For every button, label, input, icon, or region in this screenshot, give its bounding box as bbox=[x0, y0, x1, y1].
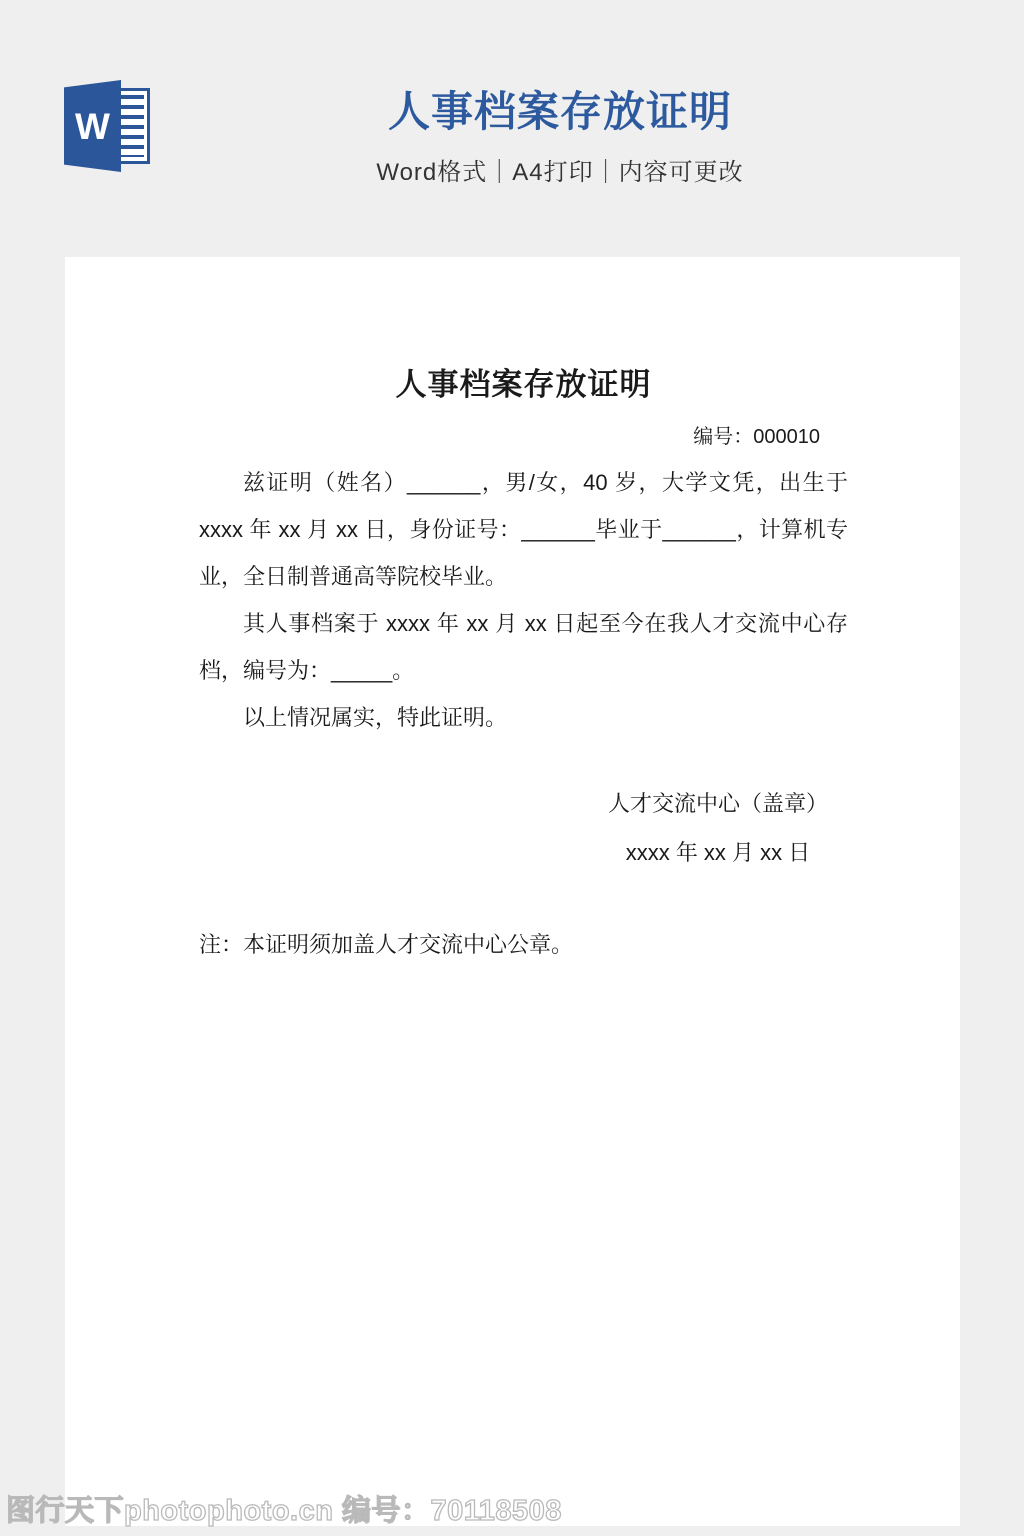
document-paragraph-2: 其人事档案于 xxxx 年 xx 月 xx 日起至今在我人才交流中心存档，编号为… bbox=[199, 600, 848, 694]
template-subtitle: Word格式｜A4打印｜内容可更改 bbox=[96, 152, 1024, 187]
document-note: 注：本证明须加盖人才交流中心公章。 bbox=[199, 921, 848, 968]
document-page: 人事档案存放证明 编号：000010 兹证明（姓名）______，男/女，40 … bbox=[65, 257, 960, 1526]
document-paragraph-1: 兹证明（姓名）______，男/女，40 岁，大学文凭，出生于 xxxx 年 x… bbox=[199, 459, 848, 600]
document-content: 人事档案存放证明 编号：000010 兹证明（姓名）______，男/女，40 … bbox=[65, 257, 960, 968]
document-number: 编号：000010 bbox=[199, 425, 848, 449]
document-title: 人事档案存放证明 bbox=[199, 367, 848, 403]
template-header: W 人事档案存放证明 Word格式｜A4打印｜内容可更改 bbox=[0, 0, 1024, 257]
signature-block: 人才交流中心（盖章） xxxx 年 xx 月 xx 日 bbox=[199, 779, 848, 877]
signature-inner: 人才交流中心（盖章） xxxx 年 xx 月 xx 日 bbox=[608, 779, 828, 877]
site-watermark: 图行天下photophoto.cn 编号：70118508 bbox=[6, 1488, 562, 1529]
header-text-block: 人事档案存放证明 Word格式｜A4打印｜内容可更改 bbox=[96, 88, 1024, 187]
signature-date: xxxx 年 xx 月 xx 日 bbox=[608, 828, 828, 877]
template-title: 人事档案存放证明 bbox=[96, 88, 1024, 136]
document-paragraph-3: 以上情况属实，特此证明。 bbox=[199, 694, 848, 741]
signature-org: 人才交流中心（盖章） bbox=[608, 779, 828, 828]
